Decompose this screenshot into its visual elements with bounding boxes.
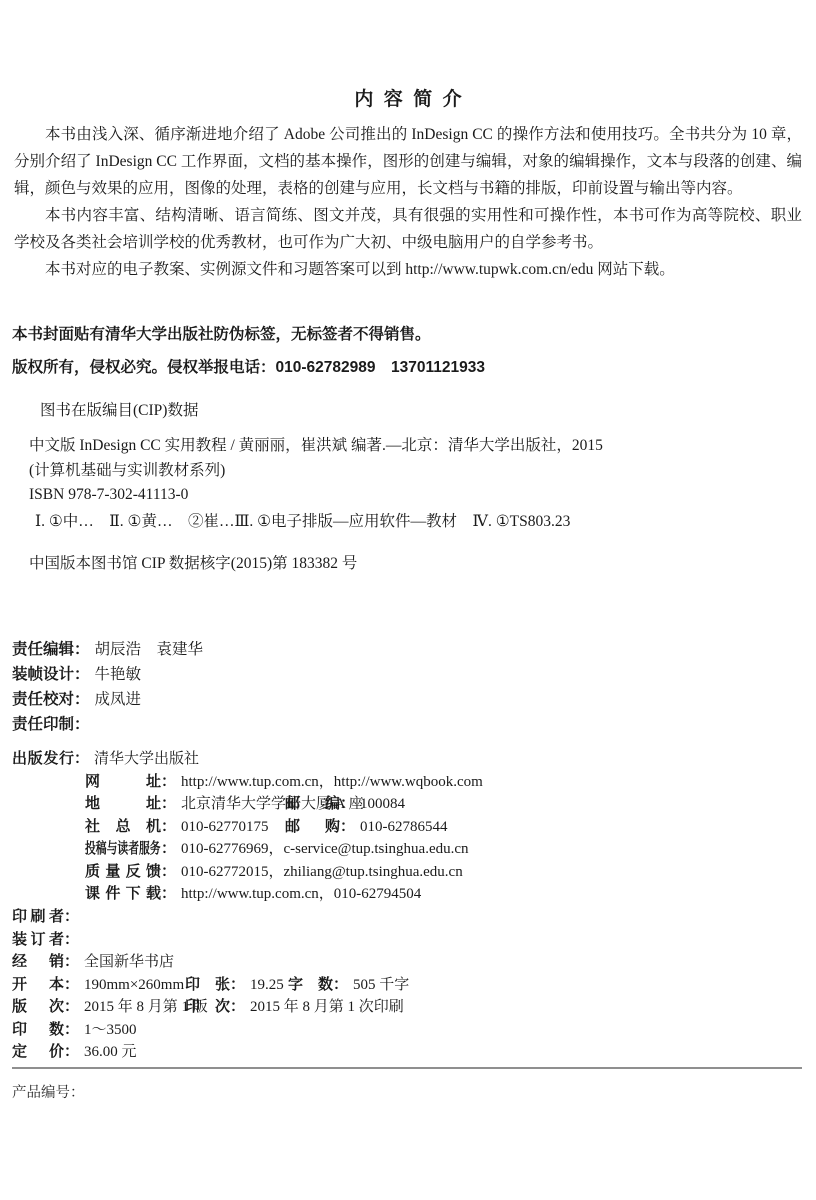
- printing-spec-section: 印刷者： 装订者： 经销：全国新华书店 开本：190mm×260mm 印张：19…: [12, 906, 804, 1064]
- colon: ：: [333, 976, 348, 993]
- credit-label: 责任编辑: [12, 641, 74, 658]
- intro-paragraph-2: 本书内容丰富、结构清晰、语言简练、图文并茂，具有很强的实用性和可操作性，本书可作…: [14, 202, 802, 256]
- word-count-label: 字数: [288, 974, 333, 997]
- colon: ：: [161, 885, 176, 902]
- credit-value: 牛艳敏: [90, 666, 142, 683]
- colon: ：: [340, 795, 355, 812]
- contact-value: http://www.tup.com.cn，010-62794504: [176, 886, 421, 902]
- colon: ：: [161, 863, 176, 880]
- publisher-value: 清华大学出版社: [89, 751, 199, 767]
- contact-value: 010-62770175: [176, 819, 269, 835]
- impression-value: 2015 年 8 月第 1 次印刷: [245, 999, 404, 1015]
- anti-piracy-sticker-notice: 本书封面贴有清华大学出版社防伪标签，无标签者不得销售。: [12, 318, 804, 351]
- contact-label: 社总机: [85, 816, 161, 839]
- product-code-label: 产品编号：: [12, 1081, 85, 1102]
- credit-value: 胡辰浩 袁建华: [90, 641, 204, 658]
- impression-label: 印次: [185, 996, 230, 1019]
- credit-label: 责任印制: [12, 716, 74, 733]
- postal-label: 邮编: [285, 793, 340, 816]
- impression-cell: 印次：2015 年 8 月第 1 次印刷: [185, 996, 404, 1019]
- colon: ：: [161, 795, 176, 812]
- publisher-row: 出版发行：清华大学出版社: [12, 748, 804, 771]
- colon: ：: [340, 818, 355, 835]
- contact-label: 网址: [85, 771, 161, 794]
- intro-paragraph-3: 本书对应的电子教案、实例源文件和习题答案可以到 http://www.tupwk…: [14, 256, 802, 283]
- contact-value: http://www.tup.com.cn，http://www.wqbook.…: [176, 774, 483, 790]
- cip-title-line: 中文版 InDesign CC 实用教程 / 黄丽丽，崔洪斌 编著.—北京：清华…: [29, 434, 603, 459]
- cip-series-line: (计算机基础与实训教材系列): [29, 459, 603, 484]
- spec-label: 开本: [12, 974, 64, 997]
- divider-rule: [12, 1067, 802, 1069]
- credit-value: [90, 716, 95, 733]
- page-title: 内容简介: [0, 84, 816, 111]
- contact-label: 地址: [85, 793, 161, 816]
- intro-paragraph-1: 本书由浅入深、循序渐进地介绍了 Adobe 公司推出的 InDesign CC …: [14, 121, 802, 202]
- publisher-section: 出版发行：清华大学出版社 网址：http://www.tup.com.cn，ht…: [12, 748, 804, 906]
- colon: ：: [64, 908, 79, 925]
- postal-code-cell: 邮编：100084: [285, 793, 405, 816]
- contact-row-quality-feedback: 质量反馈：010-62772015，zhiliang@tup.tsinghua.…: [12, 861, 804, 884]
- notice-section: 本书封面贴有清华大学出版社防伪标签，无标签者不得销售。 版权所有，侵权必究。侵权…: [12, 318, 804, 384]
- credit-label: 责任校对: [12, 691, 74, 708]
- credit-row-editor: 责任编辑：胡辰浩 袁建华: [12, 637, 203, 662]
- spec-value: [79, 932, 84, 948]
- cip-body: 中文版 InDesign CC 实用教程 / 黄丽丽，崔洪斌 编著.—北京：清华…: [29, 434, 603, 508]
- contact-label: 质量反馈: [85, 861, 161, 884]
- contact-row-courseware-download: 课件下载：http://www.tup.com.cn，010-62794504: [12, 883, 804, 906]
- spec-value: 1～3500: [79, 1022, 137, 1038]
- contact-value: 010-62776969，c-service@tup.tsinghua.edu.…: [176, 841, 469, 857]
- postal-value: 100084: [355, 796, 405, 812]
- colon: ：: [74, 641, 90, 658]
- colon: ：: [64, 953, 79, 970]
- contact-row-address: 地址：北京清华大学学研大厦 A 座 邮编：100084: [12, 793, 804, 816]
- printer-row: 印刷者：: [12, 906, 804, 929]
- credit-row-proofreader: 责任校对：成凤进: [12, 687, 203, 712]
- spec-label: 装订者: [12, 929, 64, 952]
- colon: ：: [74, 750, 89, 767]
- contact-label: 课件下载: [85, 883, 161, 906]
- sheets-cell: 印张：19.25: [185, 974, 284, 997]
- colon: ：: [161, 773, 176, 790]
- format-row: 开本：190mm×260mm 印张：19.25 字数：505 千字: [12, 974, 804, 997]
- colon: ：: [64, 1021, 79, 1038]
- spec-value: [79, 909, 84, 925]
- colon: ：: [230, 976, 245, 993]
- colon: ：: [74, 716, 90, 733]
- credit-row-print-supervisor: 责任印制：: [12, 712, 203, 737]
- intro-section: 本书由浅入深、循序渐进地介绍了 Adobe 公司推出的 InDesign CC …: [14, 121, 802, 283]
- colon: ：: [74, 666, 90, 683]
- contact-row-reader-service: 投稿与读者服务：010-62776969，c-service@tup.tsing…: [12, 838, 804, 861]
- spec-value: 36.00 元: [79, 1044, 137, 1060]
- word-count-value: 505 千字: [348, 977, 409, 993]
- contact-label: 投稿与读者服务: [85, 838, 140, 861]
- mail-order-value: 010-62786544: [355, 819, 448, 835]
- sheets-value: 19.25: [245, 977, 284, 993]
- colon: ：: [74, 691, 90, 708]
- cip-record-line: 中国版本图书馆 CIP 数据核字(2015)第 183382 号: [29, 551, 357, 573]
- mail-order-cell: 邮购：010-62786544: [285, 816, 448, 839]
- credit-label: 装帧设计: [12, 666, 74, 683]
- colon: ：: [161, 818, 176, 835]
- spec-label: 版次: [12, 996, 64, 1019]
- sheets-label: 印张: [185, 974, 230, 997]
- contact-row-switchboard: 社总机：010-62770175 邮购：010-62786544: [12, 816, 804, 839]
- spec-label: 经销: [12, 951, 64, 974]
- credit-value: 成凤进: [90, 691, 142, 708]
- credit-row-designer: 装帧设计：牛艳敏: [12, 662, 203, 687]
- print-run-row: 印数：1～3500: [12, 1019, 804, 1042]
- copyright-page: 内容简介 本书由浅入深、循序渐进地介绍了 Adobe 公司推出的 InDesig…: [0, 0, 816, 1200]
- cip-isbn-line: ISBN 978-7-302-41113-0: [29, 483, 603, 508]
- copyright-notice: 版权所有，侵权必究。侵权举报电话：010-62782989 1370112193…: [12, 351, 804, 384]
- colon: ：: [64, 998, 79, 1015]
- spec-label: 定价: [12, 1041, 64, 1064]
- cip-classification-line: Ⅰ. ①中… Ⅱ. ①黄… ②崔…Ⅲ. ①电子排版—应用软件—教材 Ⅳ. ①TS…: [35, 509, 570, 531]
- spec-label: 印刷者: [12, 906, 64, 929]
- colon: ：: [64, 1043, 79, 1060]
- cip-heading: 图书在版编目(CIP)数据: [40, 398, 198, 420]
- contact-row-website: 网址：http://www.tup.com.cn，http://www.wqbo…: [12, 771, 804, 794]
- colon: ：: [161, 840, 176, 857]
- spec-label: 印数: [12, 1019, 64, 1042]
- publisher-label: 出版发行: [12, 748, 74, 771]
- contact-value: 010-62772015，zhiliang@tup.tsinghua.edu.c…: [176, 864, 463, 880]
- colon: ：: [230, 998, 245, 1015]
- word-count-cell: 字数：505 千字: [288, 974, 409, 997]
- edition-row: 版次：2015 年 8 月第 1 版 印次：2015 年 8 月第 1 次印刷: [12, 996, 804, 1019]
- distributor-row: 经销：全国新华书店: [12, 951, 804, 974]
- spec-value: 全国新华书店: [79, 954, 174, 970]
- spec-value: 190mm×260mm: [79, 977, 184, 993]
- binder-row: 装订者：: [12, 929, 804, 952]
- mail-order-label: 邮购: [285, 816, 340, 839]
- colon: ：: [64, 931, 79, 948]
- price-row: 定价：36.00 元: [12, 1041, 804, 1064]
- credits-section: 责任编辑：胡辰浩 袁建华 装帧设计：牛艳敏 责任校对：成凤进 责任印制：: [12, 637, 203, 737]
- colon: ：: [64, 976, 79, 993]
